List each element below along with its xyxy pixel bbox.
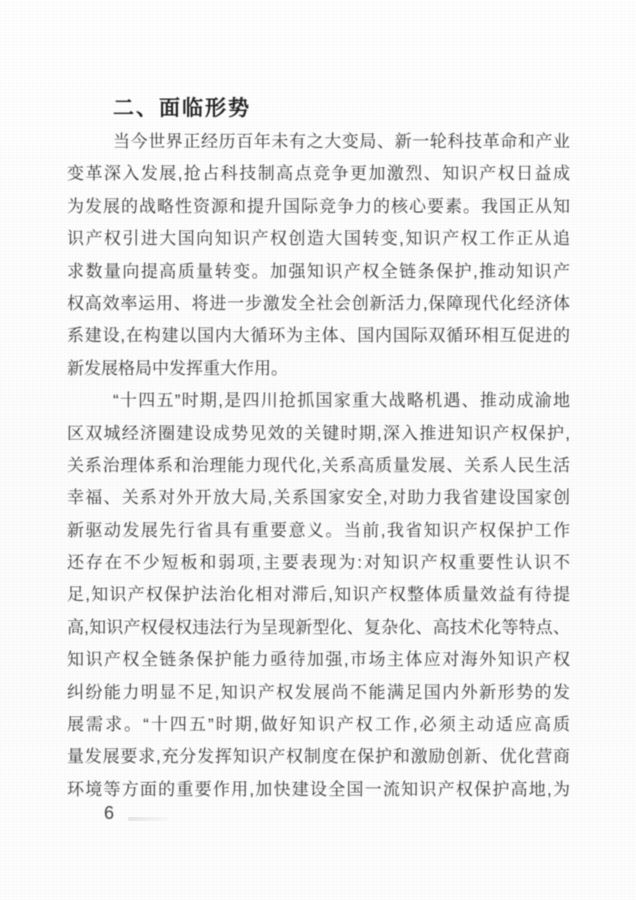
text-line: 新发展格局中发挥重大作用。 xyxy=(67,353,570,385)
text-line: 变革深入发展,抢占科技制高点竞争更加激烈、知识产权日益成 xyxy=(67,158,570,190)
text-line: 环境等方面的重要作用,加快建设全国一流知识产权保护高地,为 xyxy=(67,774,570,806)
text-line: “十四五”时期,是四川抢抓国家重大战略机遇、推动成渝地 xyxy=(67,385,570,417)
text-line: 量发展要求,充分发挥知识产权制度在保护和激励创新、优化营商 xyxy=(67,741,570,773)
text-line: 高,知识产权侵权违法行为呈现新型化、复杂化、高技术化等特点、 xyxy=(67,612,570,644)
text-line: 幸福、关系对外开放大局,关系国家安全,对助力我省建设国家创 xyxy=(67,482,570,514)
text-line: 求数量向提高质量转变。加强知识产权全链条保护,推动知识产 xyxy=(67,256,570,288)
document-body: 当今世界正经历百年未有之大变局、新一轮科技革命和产业 变革深入发展,抢占科技制高… xyxy=(67,126,570,806)
text-line: 还存在不少短板和弱项,主要表现为:对知识产权重要性认识不 xyxy=(67,547,570,579)
text-line: 当今世界正经历百年未有之大变局、新一轮科技革命和产业 xyxy=(67,126,570,158)
text-line: 展需求。“十四五”时期,做好知识产权工作,必须主动适应高质 xyxy=(67,709,570,741)
text-line: 知识产权全链条保护能力亟待加强,市场主体应对海外知识产权 xyxy=(67,644,570,676)
text-line: 为发展的战略性资源和提升国际竞争力的核心要素。我国正从知 xyxy=(67,191,570,223)
text-line: 识产权引进大国向知识产权创造大国转变,知识产权工作正从追 xyxy=(67,223,570,255)
scan-artifact xyxy=(128,817,168,821)
section-heading: 二、面临形势 xyxy=(113,92,251,122)
page-number: 6 xyxy=(104,803,114,824)
text-line: 关系治理体系和治理能力现代化,关系高质量发展、关系人民生活 xyxy=(67,450,570,482)
text-line: 系建设,在构建以国内大循环为主体、国内国际双循环相互促进的 xyxy=(67,320,570,352)
text-line: 权高效率运用、将进一步激发全社会创新活力,保障现代化经济体 xyxy=(67,288,570,320)
text-line: 足,知识产权保护法治化相对滞后,知识产权整体质量效益有待提 xyxy=(67,579,570,611)
text-line: 纠纷能力明显不足,知识产权发展尚不能满足国内外新形势的发 xyxy=(67,677,570,709)
text-line: 区双城经济圈建设成势见效的关键时期,深入推进知识产权保护, xyxy=(67,418,570,450)
text-line: 新驱动发展先行省具有重要意义。当前,我省知识产权保护工作 xyxy=(67,515,570,547)
scanned-document-page: 二、面临形势 当今世界正经历百年未有之大变局、新一轮科技革命和产业 变革深入发展… xyxy=(0,0,636,900)
